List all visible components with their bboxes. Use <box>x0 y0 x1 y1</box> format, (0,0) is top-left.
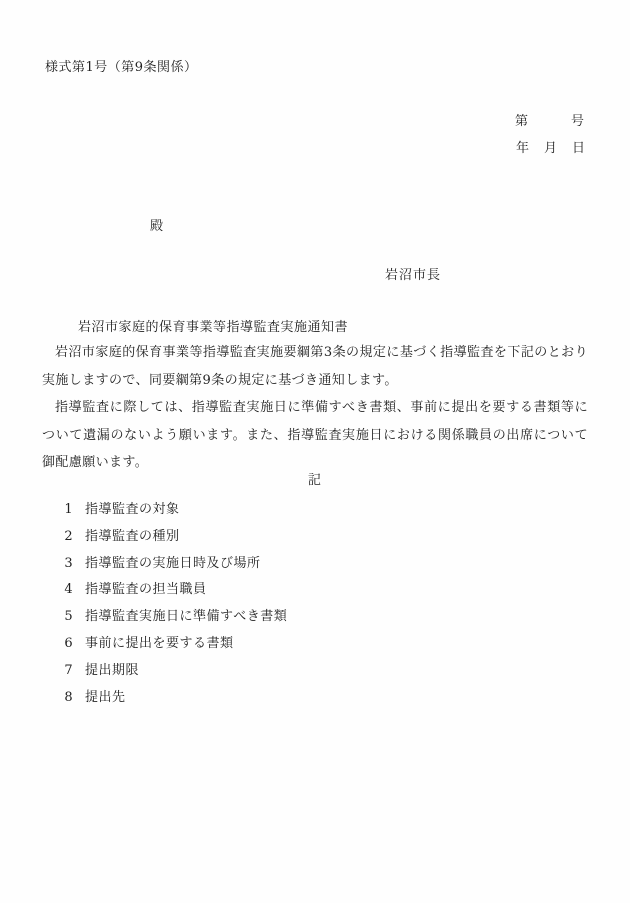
item-number: 6 <box>62 631 75 658</box>
list-item: 5 指導監査実施日に準備すべき書類 <box>62 604 542 631</box>
list-item: 4 指導監査の担当職員 <box>62 577 542 604</box>
list-header-ki: 記 <box>0 469 630 488</box>
form-style-label: 様式第1号（第9条関係） <box>45 56 198 75</box>
list-item: 7 提出期限 <box>62 658 542 685</box>
item-label: 指導監査実施日に準備すべき書類 <box>85 604 287 631</box>
item-number: 5 <box>62 604 75 631</box>
item-number: 8 <box>62 685 75 712</box>
list-item: 8 提出先 <box>62 685 542 712</box>
item-label: 提出期限 <box>85 658 139 685</box>
list-item: 3 指導監査の実施日時及び場所 <box>62 551 542 578</box>
item-number: 2 <box>62 524 75 551</box>
list-item: 6 事前に提出を要する書類 <box>62 631 542 658</box>
document-page: 様式第1号（第9条関係） 第 号 年 月 日 殿 岩沼市長 岩沼市家庭的保育事業… <box>0 0 630 903</box>
body-paragraph-1: 岩沼市家庭的保育事業等指導監査実施要綱第3条の規定に基づく指導監査を下記のとおり… <box>42 339 588 394</box>
item-label: 事前に提出を要する書類 <box>85 631 234 658</box>
addressee-suffix: 殿 <box>150 215 163 234</box>
body-text: 岩沼市家庭的保育事業等指導監査実施要綱第3条の規定に基づく指導監査を下記のとおり… <box>42 339 588 477</box>
item-label: 指導監査の実施日時及び場所 <box>85 551 261 578</box>
document-title: 岩沼市家庭的保育事業等指導監査実施通知書 <box>78 316 348 335</box>
item-number: 7 <box>62 658 75 685</box>
document-number-line: 第 号 <box>515 110 585 129</box>
body-paragraph-2: 指導監査に際しては、指導監査実施日に準備すべき書類、事前に提出を要する書類等につ… <box>42 394 588 477</box>
item-number: 1 <box>62 497 75 524</box>
item-label: 提出先 <box>85 685 126 712</box>
item-label: 指導監査の対象 <box>85 497 180 524</box>
item-number: 4 <box>62 577 75 604</box>
item-label: 指導監査の種別 <box>85 524 180 551</box>
enumerated-list: 1 指導監査の対象 2 指導監査の種別 3 指導監査の実施日時及び場所 4 指導… <box>62 497 542 711</box>
item-number: 3 <box>62 551 75 578</box>
date-line: 年 月 日 <box>516 137 586 156</box>
sender-name: 岩沼市長 <box>385 264 441 283</box>
list-item: 1 指導監査の対象 <box>62 497 542 524</box>
item-label: 指導監査の担当職員 <box>85 577 207 604</box>
list-item: 2 指導監査の種別 <box>62 524 542 551</box>
